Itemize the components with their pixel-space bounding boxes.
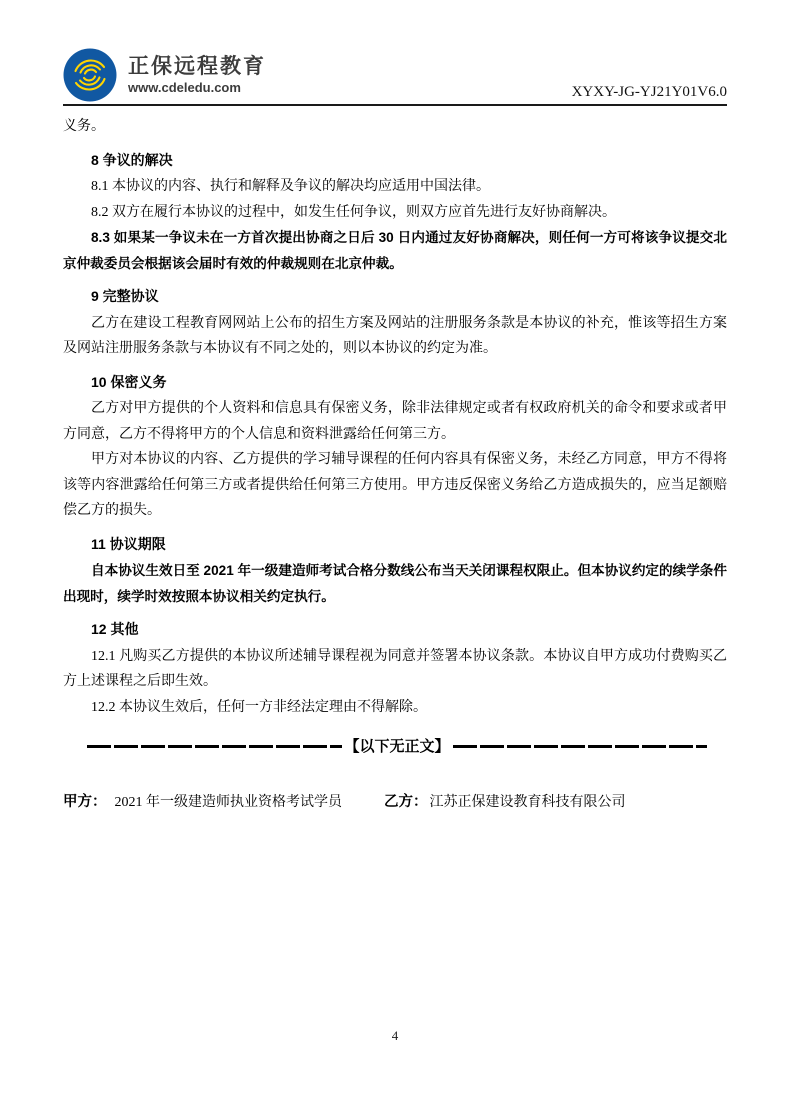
brand-text: 正保远程教育 www.cdeledu.com — [128, 54, 266, 96]
paragraph: 乙方在建设工程教育网网站上公布的招生方案及网站的注册服务条款是本协议的补充，惟该… — [63, 311, 727, 362]
divider-line-left — [87, 745, 342, 748]
divider-label: 【以下无正文】 — [342, 734, 453, 760]
paragraph: 12.2 本协议生效后，任何一方非经法定理由不得解除。 — [63, 695, 727, 721]
brand-name: 正保远程教育 — [128, 54, 266, 80]
section-10-confidentiality: 10 保密义务 乙方对甲方提供的个人资料和信息具有保密义务，除非法律规定或者有权… — [63, 370, 727, 524]
paragraph-continuation: 义务。 — [63, 114, 727, 140]
paragraph: 8.3 如果某一争议未在一方首次提出协商之日后 30 日内通过友好协商解决，则任… — [63, 225, 727, 276]
section-8-dispute-resolution: 8 争议的解决 8.1 本协议的内容、执行和解释及争议的解决均应适用中国法律。 … — [63, 148, 727, 277]
section-heading: 11 协议期限 — [63, 532, 727, 558]
page-header: 正保远程教育 www.cdeledu.com XYXY-JG-YJ21Y01V6… — [63, 0, 727, 102]
party-b-label: 乙方： — [384, 790, 428, 816]
party-b-value: 江苏正保建设教育科技有限公司 — [430, 790, 626, 816]
header-rule — [63, 104, 727, 106]
divider-line-right — [453, 745, 708, 748]
section-heading: 9 完整协议 — [63, 284, 727, 310]
section-12-miscellaneous: 12 其他 12.1 凡购买乙方提供的本协议所述辅导课程视为同意并签署本协议条款… — [63, 617, 727, 720]
signature-row: 甲方： 2021 年一级建造师执业资格考试学员 乙方： 江苏正保建设教育科技有限… — [63, 790, 727, 816]
document-page: { "header": { "brand_name": "正保远程教育", "b… — [0, 0, 790, 1118]
paragraph: 甲方对本协议的内容、乙方提供的学习辅导课程的任何内容具有保密义务，未经乙方同意，… — [63, 447, 727, 524]
paragraph: 乙方对甲方提供的个人资料和信息具有保密义务，除非法律规定或者有权政府机关的命令和… — [63, 396, 727, 447]
paragraph: 8.1 本协议的内容、执行和解释及争议的解决均应适用中国法律。 — [63, 174, 727, 200]
brand-logo-icon — [63, 48, 117, 102]
doc-code: XYXY-JG-YJ21Y01V6.0 — [572, 84, 727, 102]
section-heading: 8 争议的解决 — [63, 148, 727, 174]
paragraph: 12.1 凡购买乙方提供的本协议所述辅导课程视为同意并签署本协议条款。本协议自甲… — [63, 644, 727, 695]
brand-url: www.cdeledu.com — [128, 80, 266, 96]
contract-page: 正保远程教育 www.cdeledu.com XYXY-JG-YJ21Y01V6… — [0, 0, 790, 815]
document-body: 义务。 8 争议的解决 8.1 本协议的内容、执行和解释及争议的解决均应适用中国… — [63, 114, 727, 815]
paragraph: 自本协议生效日至 2021 年一级建造师考试合格分数线公布当天关闭课程权限止。但… — [63, 558, 727, 609]
section-11-agreement-term: 11 协议期限 自本协议生效日至 2021 年一级建造师考试合格分数线公布当天关… — [63, 532, 727, 610]
party-a-label: 甲方： — [63, 790, 107, 816]
section-9-entire-agreement: 9 完整协议 乙方在建设工程教育网网站上公布的招生方案及网站的注册服务条款是本协… — [63, 284, 727, 362]
end-of-text-divider: 【以下无正文】 — [87, 734, 707, 760]
section-heading: 12 其他 — [63, 617, 727, 643]
section-heading: 10 保密义务 — [63, 370, 727, 396]
page-footer: 4 — [0, 1028, 790, 1044]
party-a-value: 2021 年一级建造师执业资格考试学员 — [115, 790, 343, 816]
page-number: 4 — [392, 1028, 399, 1043]
paragraph: 8.2 双方在履行本协议的过程中，如发生任何争议，则双方应首先进行友好协商解决。 — [63, 200, 727, 226]
brand-block: 正保远程教育 www.cdeledu.com — [63, 48, 266, 102]
